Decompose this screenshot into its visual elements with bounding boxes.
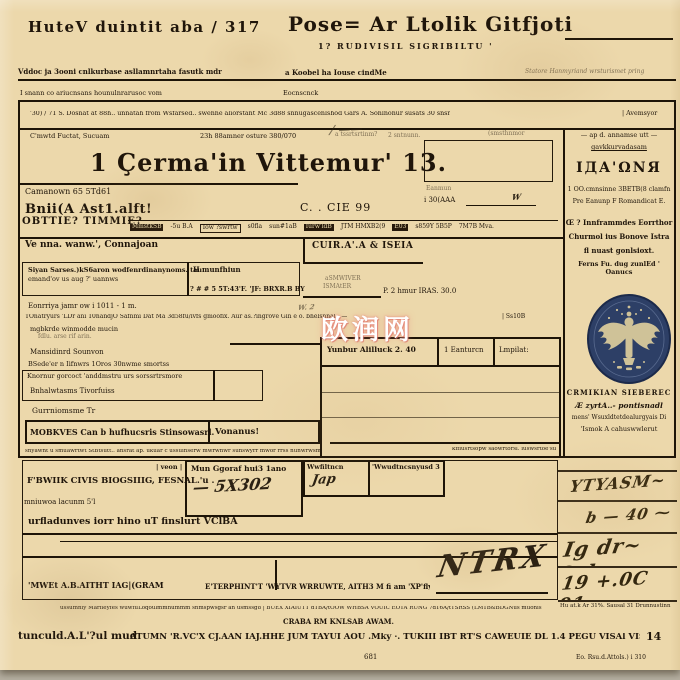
w2-mark: W. 2: [297, 303, 315, 311]
ismwiver-line1: aSMWIVER: [325, 276, 361, 282]
left-line-2: BSede'er n Iifnwrs 1Oros 30nwme smortss: [28, 361, 169, 368]
row-cuirala-label: CUIR.A'.A & ISEIA: [312, 242, 413, 251]
stamp-box-divider: [368, 460, 370, 497]
seal-caption-4: 'Ismok A cahuswwlerut: [564, 425, 674, 433]
left-line-1: Mansidinrd Sounvon: [30, 349, 104, 356]
bold-heading-2: OBTTIE? TIMMIE?: [22, 217, 143, 228]
munfhiun-header: H munfhiun: [193, 266, 241, 273]
center-box-step: [230, 343, 322, 345]
strip-cell: sun#1aB: [269, 224, 297, 231]
right-panel-p3: Œ ? Innframmdes Eorrthor: [564, 218, 674, 227]
right-panel-crest-word: IДA'ΩNЯ: [564, 160, 674, 176]
signature-line: Ig dr~ 2sh: [558, 534, 677, 568]
strip-bottomline: [18, 237, 563, 239]
mwet-line: 'MWEt A.B.AITHT IAG|(GRAM: [28, 581, 164, 589]
scanned-visa-form-photo: { "watermark": "欧润网", "header": { "doc_n…: [0, 0, 680, 680]
center-box-rule3: [330, 442, 559, 444]
final-line-number: 14: [646, 631, 661, 643]
center-box-rule2: [322, 417, 559, 418]
strip-cell: Iurw'ldB: [304, 224, 334, 231]
right-panel-top1: — ap d. annamse utt —: [564, 131, 674, 139]
strip-cell: s859Y 5B5P: [415, 224, 451, 231]
footer-right-code: Eo. Rsu.d.Attols.) i 310: [576, 655, 646, 661]
center-box-v1: [437, 337, 439, 365]
left-line-3: Knornur gorcoct 'anddmstru urs sorssrtrs…: [27, 373, 182, 380]
bold-row-right: Vonanus!: [215, 428, 259, 437]
applicant-name-text: 1 Çerma'in Vittemur' 13.: [90, 148, 447, 177]
header-line1-left: Vddoc ja 3ooni cnlkurbase asllamnrtaha f…: [18, 68, 222, 75]
eterp-line: E'TERPHINT'T 'WYTVR WRRUWTE, AITH3 M fi …: [205, 583, 430, 590]
center-box: [320, 337, 561, 458]
signature-line: 19 +.0C 91: [558, 568, 677, 602]
bold-heading-1: Bnii(A Ast1.alft!: [25, 203, 152, 217]
center-box-header-3: Lmpilat:: [499, 347, 529, 354]
eonrriya-line: Eonrriya jamr ow i 1011 - 1 m.: [28, 303, 137, 310]
seal-caption-3: mens' Wsuxldtetdealurgyais Di: [564, 414, 674, 421]
form-subtitle: 1? RUDIVISIL SIGRIBILTU ': [318, 42, 494, 50]
left-line-4: Bnhalwtasms Tivorfuiss: [30, 388, 115, 395]
comm-number: Camanown 65 5Td61: [25, 188, 111, 196]
strip-cell: Iow ?swrtw: [200, 224, 241, 233]
signature-line: YTYASM~: [558, 472, 677, 502]
header-rule: [565, 38, 673, 40]
final-line-left: tunculd.A.L'?ul mud: [18, 631, 137, 642]
form-title: Pose= Ar Ltolik Gitfjoti: [288, 14, 573, 35]
handwritten-signature-2: b — 40 ⁓: [584, 503, 672, 527]
munfhiun-value: ? # # 5 5T:43'F. 'JF: BRXR.B BY: [190, 286, 305, 293]
handwritten-signature-4: 19 +.0C 91: [558, 568, 677, 602]
bottom-rule-2: [60, 541, 558, 542]
strip-topline: [128, 220, 558, 221]
eanmun-value: i 30(AAA: [424, 197, 455, 204]
mniuwoa-line: mniuwoa lacunm 5'l: [24, 499, 95, 506]
handwritten-signature-3: Ig dr~ 2sh: [558, 534, 677, 568]
center-box-header-2: 1 Eanturcn: [444, 347, 484, 354]
veon-label: | veon |: [156, 464, 182, 471]
header-line2-left: I snann co ariucnsans hounulnrarusoc vom: [20, 90, 162, 97]
strip-cell: E03: [392, 224, 408, 231]
cuirala-underline: [303, 262, 423, 264]
label-faint-1: a tssrtsrtinm?: [335, 132, 377, 138]
mg-line-1: mgbkrde winmodde mucin: [30, 326, 118, 333]
stamp-box-handwriting: Jap: [311, 473, 337, 488]
signature-ruled-area: YTYASM~ b — 40 ⁓ Ig dr~ 2sh 19 +.0C 91: [558, 470, 677, 602]
center-box-headrule: [320, 365, 561, 367]
date-box-header: Mun Ggoraf hui3 1ano: [191, 465, 286, 473]
strip-cell: s0fla: [248, 224, 262, 231]
tiny-under-right: kffiusrtsopw saowrtorsl. iuswsrtoe'su: [452, 447, 556, 453]
left-line-5: Gurrniomsme Tr: [32, 407, 95, 415]
right-panel-p2: Pre Eanunp F Romandicat E.: [564, 198, 674, 205]
signature-area-caption: Hu at.k Ar 31%. Sausal 31 Drunnustinn: [560, 604, 671, 610]
stamp-box-header-2: 'Wwudtncsnyusd 3: [372, 464, 440, 471]
small-cell-strip: MmstkSB -5u B.A Iow ?swrtw s0fla sun#1aB…: [130, 224, 558, 233]
ismwiver-line2: ISMAtER: [323, 284, 351, 290]
tiny-under-left: snyawnt u smuawrtwt StBtsutt.. ansrat ap…: [25, 449, 320, 455]
seal-caption-1: CRMIKIAN SIEBEREC: [564, 388, 674, 397]
strip-cell: MmstkSB: [130, 224, 163, 231]
left-sub-box-divider: [213, 370, 215, 401]
document-number: HuteV duintit aba / 317: [28, 20, 261, 36]
bottom-tiny-line: ussumniy Marfleyfes wuwfuLoqoulmmnummm s…: [60, 606, 542, 612]
top-row-text: '30) / 71 S. Dosnat at 88h.. unnatah fro…: [30, 111, 450, 118]
conditions-line: TOnatryurs 'LDr ani 10handjO Safnmi Dat …: [25, 314, 347, 320]
seal-caption-2: Æ zyrtA..- pontisnadl: [564, 401, 674, 410]
header-line1-right: Statore Hanmyriand wrsturismet pring: [525, 69, 644, 75]
right-panel-p6: Ferns Fu. dug zunlEd ' Oanucs: [564, 260, 674, 276]
right-panel-p4: Churmol ius Bonove Istra: [564, 232, 674, 241]
top-row-right-label: | Avemsyor: [622, 111, 657, 118]
eanmun-underline: [466, 205, 536, 206]
header-divider: [18, 79, 676, 81]
conditions-line-right: | Ss10B: [502, 314, 525, 320]
right-panel: — ap d. annamse utt — gavkkurvadasam IДA…: [564, 131, 674, 276]
address-line-1: Siyan Sarses.)kS6aron wodfenrdinanynoms.…: [28, 267, 202, 274]
cde-mark: C. . CIE 99: [300, 202, 371, 214]
eanmun-label: Eanmun: [426, 186, 451, 192]
iras-value: P. 2 hmur IRAS. 30.0: [383, 288, 456, 295]
strip-cell: JTM HMXB2(9: [341, 224, 386, 231]
row-connajoan-label: Ve nna. wanw.', Connajoan: [25, 241, 158, 250]
center-box-v2: [493, 337, 495, 365]
vclba-line: urfladunves iorr hino uT finslurt VClBA: [28, 517, 238, 527]
craba-line: CRABA RM KNLSAB AWAM.: [283, 618, 394, 625]
address-line-2: emand'ov us aug ?' uannws: [28, 276, 118, 283]
header-line1-mid: a Koobel ha Iouse cindMe: [285, 69, 387, 76]
right-panel-p5: fl nuast gonlsioxt.: [564, 246, 674, 255]
label-osture: 23h 88amner osture 380/070: [200, 133, 296, 140]
name-underline: [20, 183, 298, 185]
label-fuctat: C'mwtd Fuctat, Sucuam: [30, 133, 109, 140]
strip-cell: 7M7B Mva.: [459, 224, 494, 231]
label-faint-2: 2 sntnunn.: [388, 133, 420, 139]
signature-line: b — 40 ⁓: [558, 502, 677, 534]
right-panel-top2: gavkkurvadasam: [564, 143, 674, 151]
center-box-rule1: [322, 392, 559, 393]
bold-row-left: MOBKVES Can b hufhucsris Stinsowasrl.: [30, 428, 214, 436]
seal-caption-block: CRMIKIAN SIEBEREC Æ zyrtA..- pontisnadl …: [564, 388, 674, 433]
ismwiver-underline: [303, 296, 381, 298]
officer-signature-underline: [436, 592, 548, 594]
page-number: 681: [364, 654, 377, 661]
center-box-header-1: Yunbur Alilluck 2. 40: [327, 346, 416, 354]
mg-line-2: fdlu. arse rif arin.: [38, 334, 92, 340]
stamp-box-header-1: Wwfiltncn: [307, 464, 344, 471]
bottom-rule-1: [22, 533, 558, 535]
handwritten-signature-1: YTYASM~: [568, 472, 667, 496]
name-row-divider: [303, 237, 305, 262]
header-line2-mid: Eocnscnck: [283, 90, 318, 97]
paper: HuteV duintit aba / 317 Pose= Ar Ltolik …: [0, 0, 680, 670]
right-panel-p1: 1 OO.cmnsinne 3BETB(8 clamfn: [564, 186, 674, 193]
eanmun-w-mark: W: [511, 192, 521, 201]
watermark-text: 欧润网: [321, 308, 414, 347]
fbwiik-line: F'BWIIK CIVIS BIOGSIIIG, FESNAL.'u .: [27, 477, 215, 486]
final-line-mid: ATUMN 'R.VC'X CJ.AAN IAJ.HHE JUM TAYUI A…: [130, 633, 640, 642]
strip-cell: -5u B.A: [170, 224, 192, 231]
applicant-name: 1 Çerma'in Vittemur' 13.: [90, 150, 430, 175]
label-faint-3: (smsthnmor: [488, 131, 525, 137]
navy-eagle-seal: [587, 294, 671, 384]
